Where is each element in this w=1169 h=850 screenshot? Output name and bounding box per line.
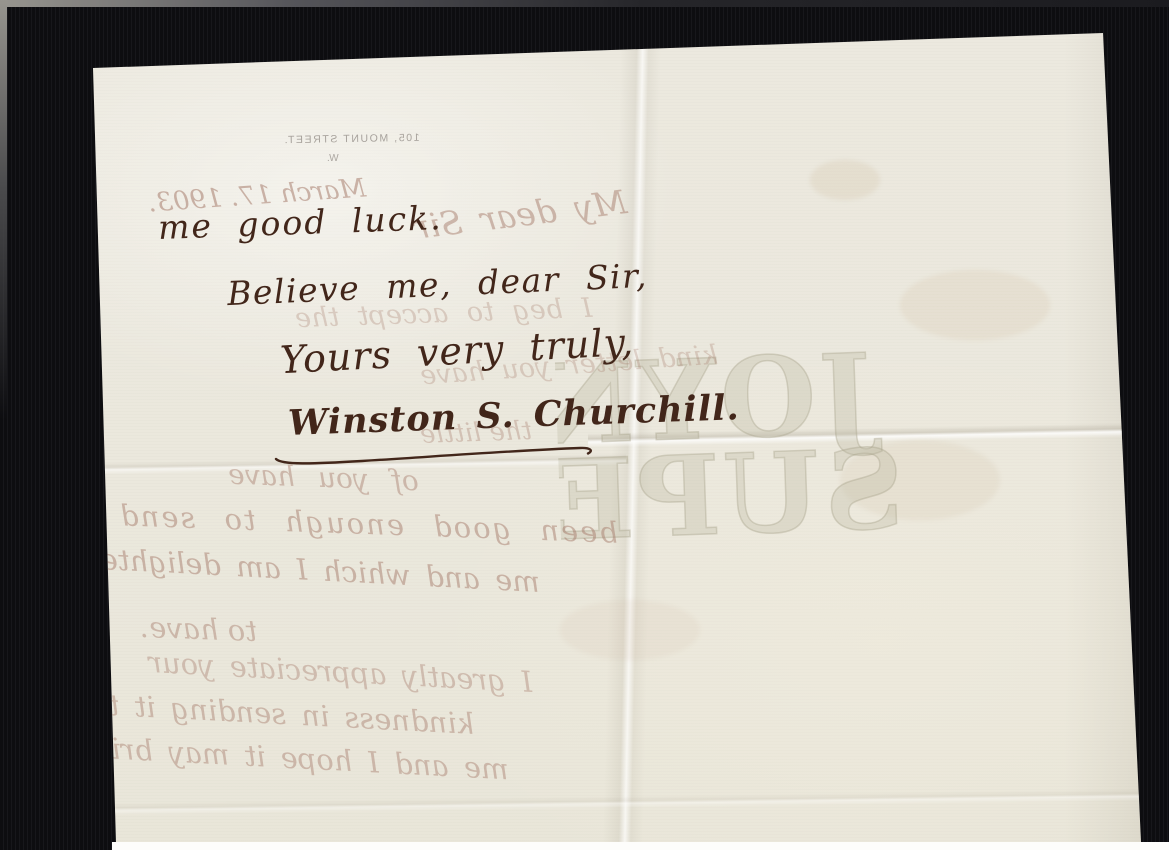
bleed-line: to have.	[140, 613, 258, 646]
paper-stain	[900, 270, 1050, 340]
scan-bottom-strip	[112, 842, 1169, 850]
paper-stain	[560, 600, 700, 660]
letter-paper: JOYNSON SUPERFINE 105, MOUNT STREET. W. …	[0, 0, 1169, 850]
bleed-salutation: My dear Sir	[412, 185, 629, 244]
scan-left-edge	[0, 0, 7, 420]
signature-underline-flourish	[272, 440, 602, 468]
bleed-line: I greatly appreciate your	[148, 648, 534, 697]
scan-top-edge	[0, 0, 1169, 7]
bleed-line: been good enough to send	[118, 501, 619, 547]
bleed-line: me and which I am delighted	[82, 544, 541, 597]
scan-canvas: JOYNSON SUPERFINE 105, MOUNT STREET. W. …	[0, 0, 1169, 850]
handwriting-line-1: me good luck.	[158, 201, 444, 244]
letterhead-ghost: 105, MOUNT STREET.	[283, 132, 420, 146]
bleed-line: kindness in sending it to	[90, 690, 475, 739]
paper-stain	[810, 160, 880, 200]
letterhead-ghost-w: W.	[327, 153, 339, 164]
bleed-line: me and I hope it may bring	[74, 733, 510, 785]
